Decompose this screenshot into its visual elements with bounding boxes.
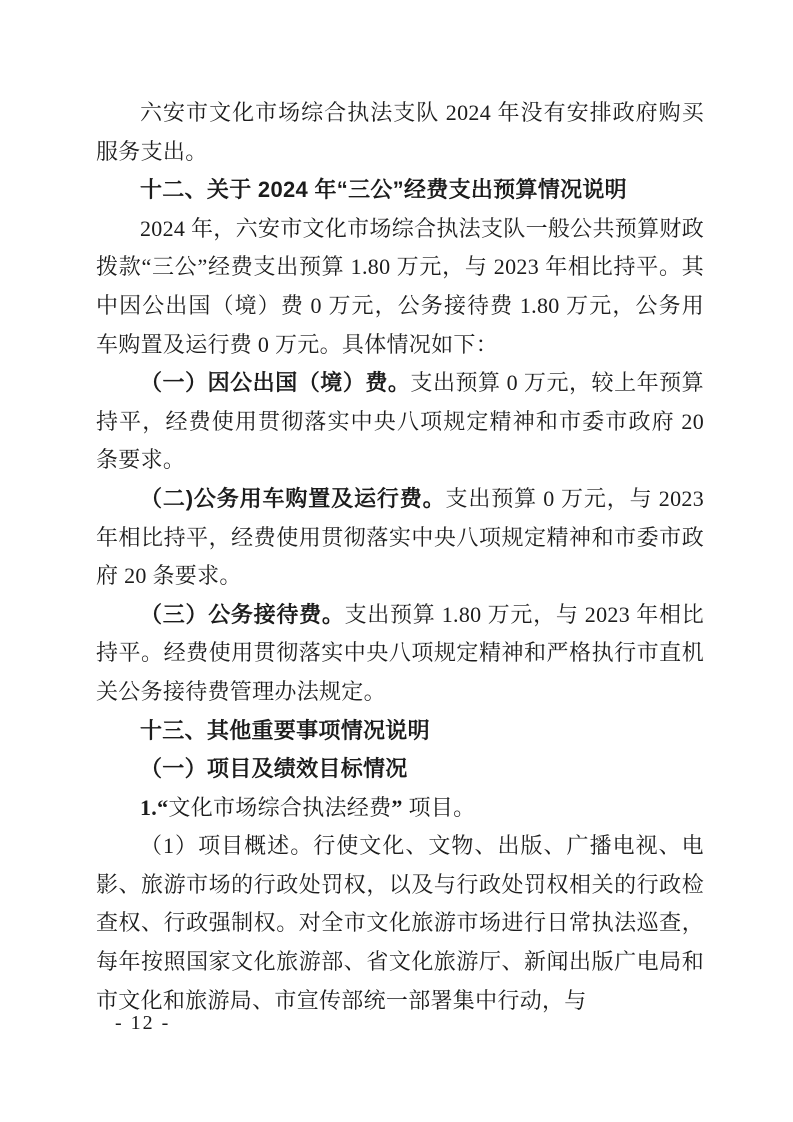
paragraph-quote-bold: ” (391, 795, 402, 820)
paragraph-official-reception: （三）公务接待费。支出预算 1.80 万元，与 2023 年相比持平。经费使用贯… (96, 596, 704, 712)
heading-project-performance: （一）项目及绩效目标情况 (96, 750, 704, 789)
heading-text: 十二、关于 2024 年“三公”经费支出预算情况说明 (140, 177, 627, 202)
heading-section-13: 十三、其他重要事项情况说明 (96, 712, 704, 751)
paragraph-official-vehicle: （二)公务用车购置及运行费。支出预算 0 万元，与 2023 年相比持平，经费使… (96, 480, 704, 596)
paragraph-government-purchase: 六安市文化市场综合执法支队 2024 年没有安排政府购买服务支出。 (96, 94, 704, 171)
paragraph-lead-bold: （二)公务用车购置及运行费。 (140, 486, 445, 511)
page-number: - 12 - (115, 1012, 170, 1035)
paragraph-text: 2024 年，六安市文化市场综合执法支队一般公共预算财政拨款“三公”经费支出预算… (96, 216, 704, 357)
paragraph-lead-bold: （一）因公出国（境）费。 (140, 370, 410, 395)
paragraph-project-title: 1.“文化市场综合执法经费” 项目。 (96, 789, 704, 828)
heading-section-12: 十二、关于 2024 年“三公”经费支出预算情况说明 (96, 171, 704, 210)
paragraph-three-public-overview: 2024 年，六安市文化市场综合执法支队一般公共预算财政拨款“三公”经费支出预算… (96, 210, 704, 364)
paragraph-text: 文化市场综合执法经费 (168, 795, 391, 820)
paragraph-lead-bold: 1.“ (140, 795, 168, 820)
heading-text: （一）项目及绩效目标情况 (140, 756, 408, 781)
paragraph-overseas-travel: （一）因公出国（境）费。支出预算 0 万元，较上年预算持平，经费使用贯彻落实中央… (96, 364, 704, 480)
document-body: 六安市文化市场综合执法支队 2024 年没有安排政府购买服务支出。 十二、关于 … (96, 94, 704, 1020)
paragraph-text: 六安市文化市场综合执法支队 2024 年没有安排政府购买服务支出。 (96, 100, 704, 164)
heading-text: 十三、其他重要事项情况说明 (140, 718, 430, 743)
document-page: 六安市文化市场综合执法支队 2024 年没有安排政府购买服务支出。 十二、关于 … (0, 0, 793, 1122)
paragraph-text: （1）项目概述。行使文化、文物、出版、广播电视、电影、旅游市场的行政处罚权，以及… (96, 833, 704, 1012)
paragraph-lead-bold: （三）公务接待费。 (140, 602, 345, 627)
paragraph-text: 项目。 (403, 795, 476, 820)
paragraph-project-overview: （1）项目概述。行使文化、文物、出版、广播电视、电影、旅游市场的行政处罚权，以及… (96, 827, 704, 1020)
